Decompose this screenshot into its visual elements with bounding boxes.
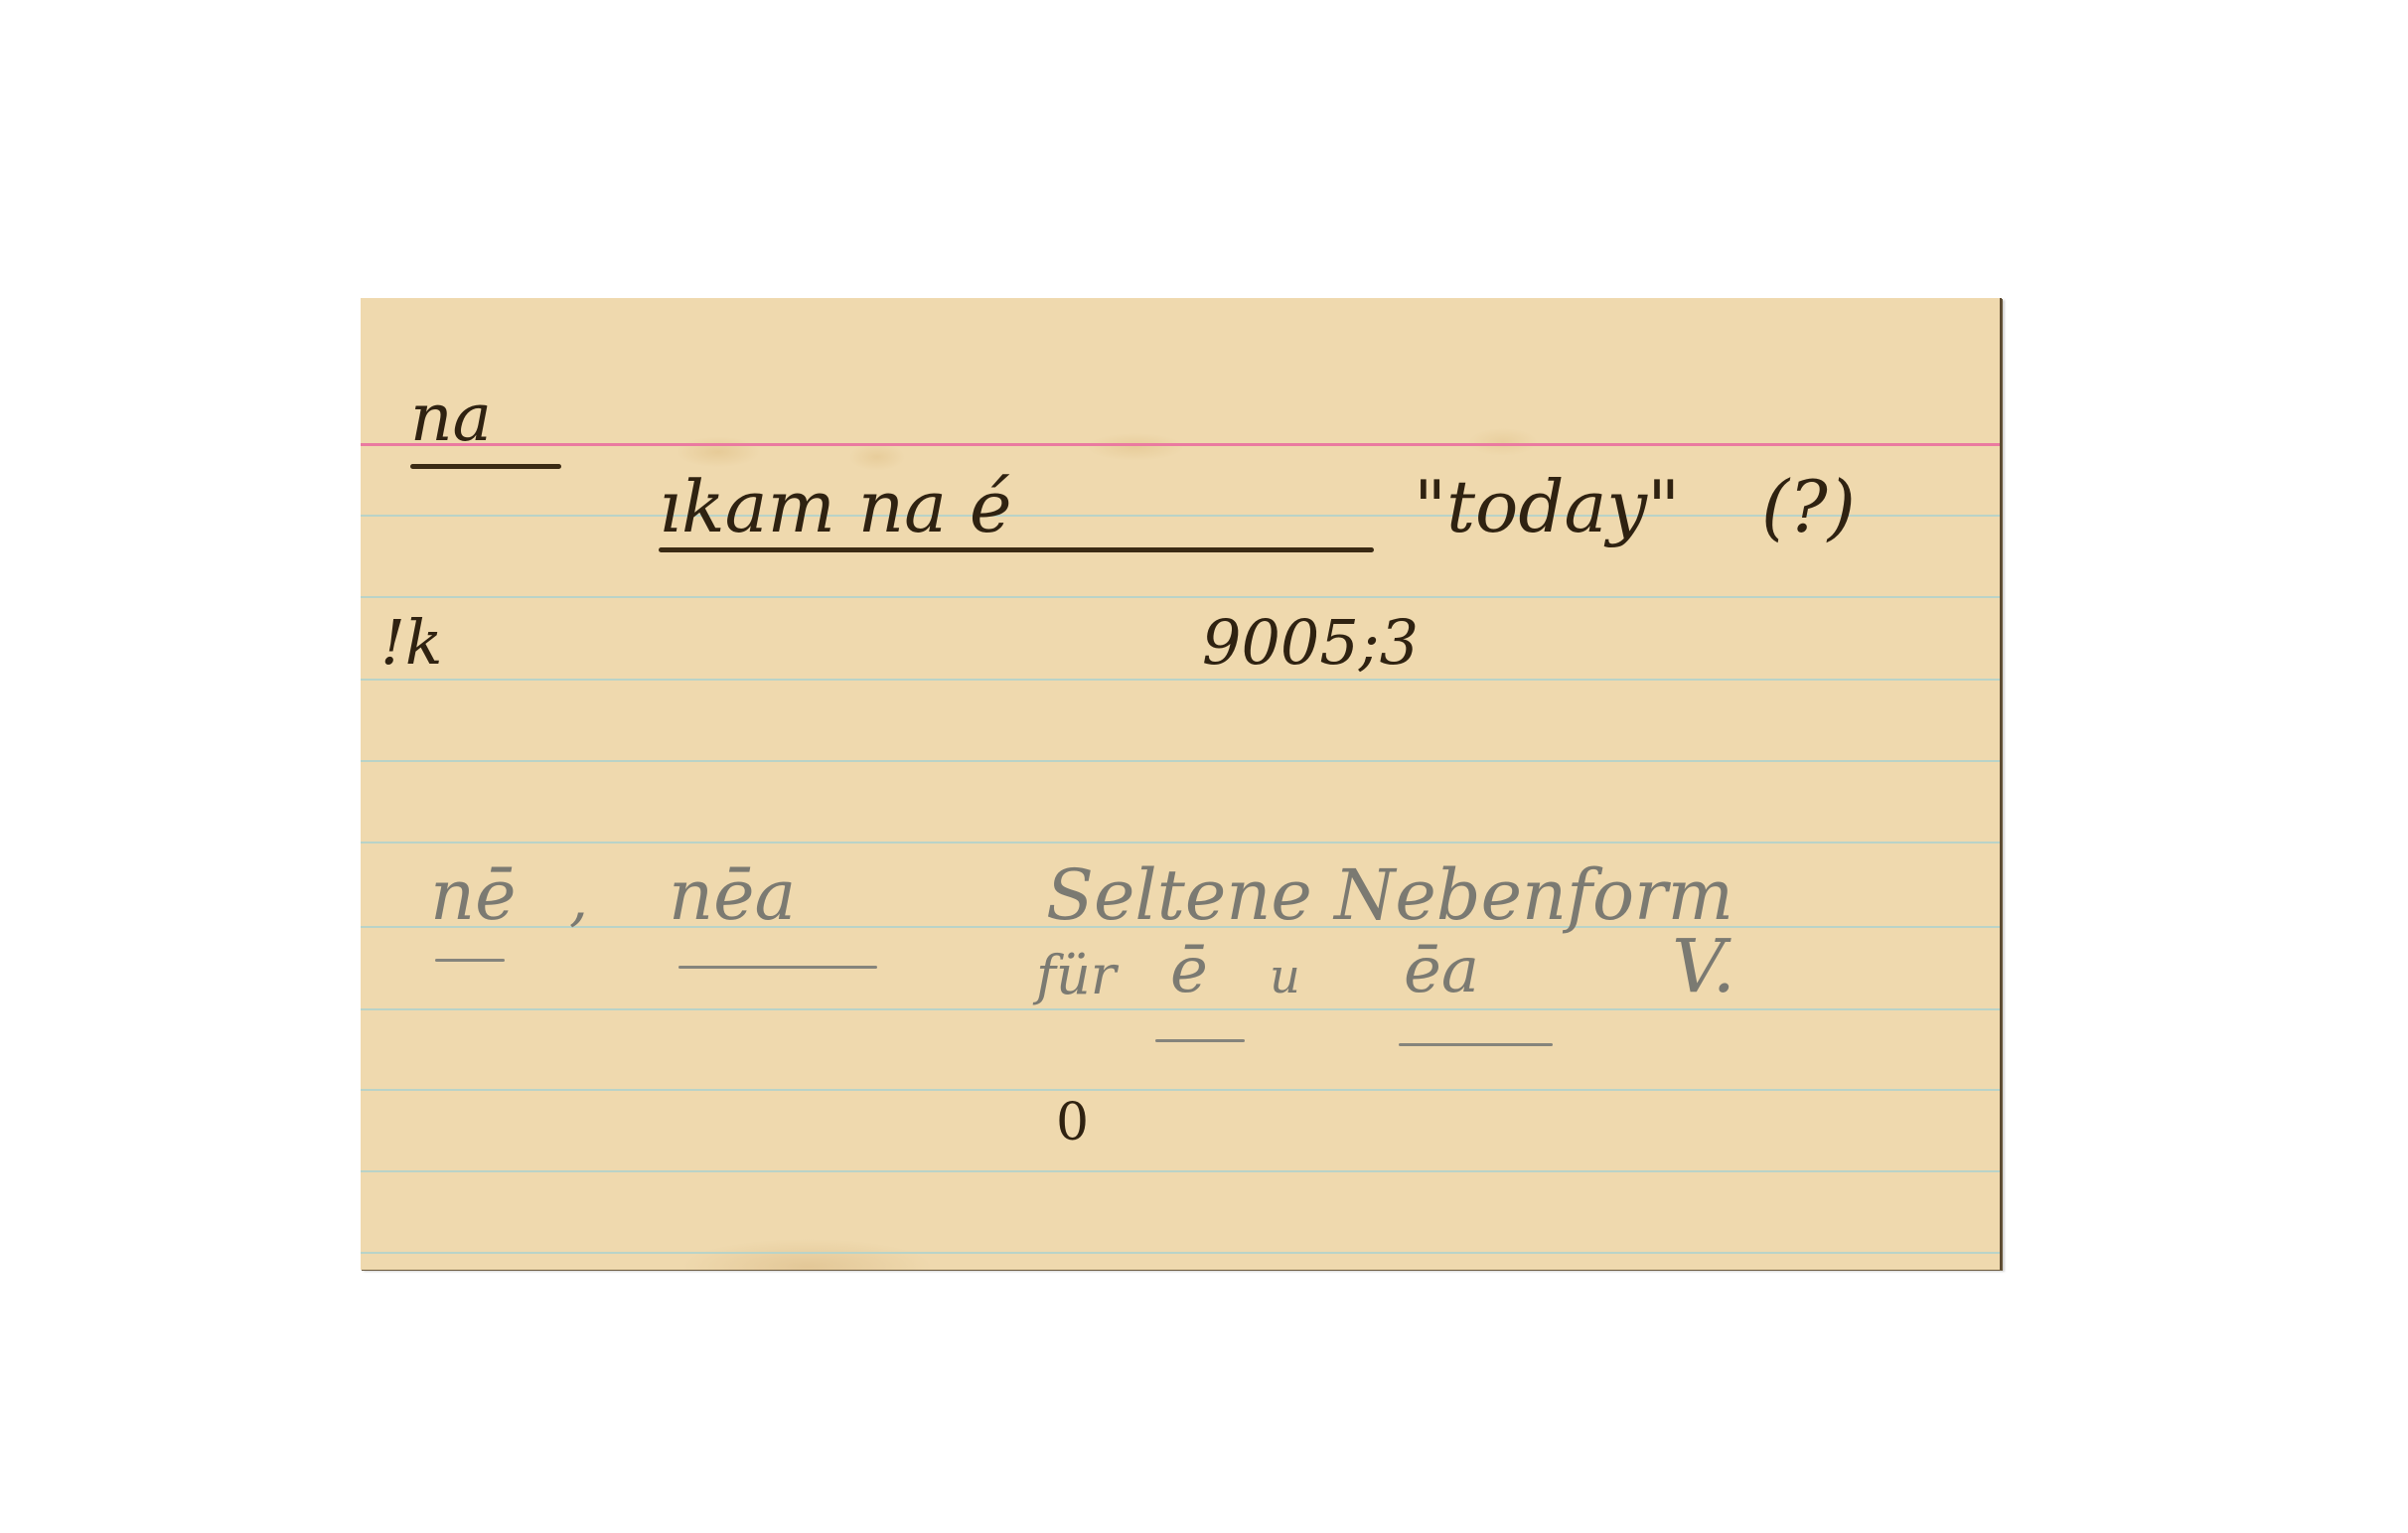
blue-rule [361, 1252, 2000, 1254]
note-line-2-conj: u [1270, 949, 1300, 1004]
headword: na [410, 380, 492, 456]
note-line-1: Seltene Nebenform [1046, 854, 1733, 936]
note-line-2-form-1: ē [1170, 934, 1208, 1007]
entry-phrase: ıkam na é [659, 465, 1012, 548]
blue-rule [361, 1089, 2000, 1091]
variant-form-1-underline [435, 959, 505, 962]
note-initial: V. [1672, 924, 1735, 1009]
blue-rule [361, 842, 2000, 843]
blue-rule [361, 596, 2000, 598]
blue-rule [361, 1008, 2000, 1010]
blue-rule [361, 760, 2000, 762]
query-mark: (?) [1761, 465, 1856, 548]
note-line-2-prefix: für [1036, 944, 1117, 1006]
footer-mark: 0 [1056, 1093, 1089, 1152]
blue-rule [361, 679, 2000, 681]
variant-form-1: nē [430, 854, 517, 936]
entry-phrase-underline [659, 547, 1374, 552]
headword-underline [410, 464, 561, 469]
note-line-2-form-2: ēa [1404, 934, 1479, 1007]
source-number: 9005;3 [1202, 606, 1419, 679]
index-card: na ıkam na é "today" (?) !k 9005;3 nē , … [361, 298, 2002, 1270]
variant-form-2: nēa [669, 854, 796, 936]
variant-separator: , [569, 864, 588, 934]
blue-rule [361, 1170, 2000, 1172]
note-line-2-form-2-underline [1399, 1043, 1553, 1046]
reference-prefix: !k [380, 606, 442, 679]
red-margin-rule [361, 443, 2000, 446]
blue-rule [361, 515, 2000, 517]
note-line-2-form-1-underline [1155, 1039, 1245, 1042]
variant-form-2-underline [678, 966, 877, 969]
gloss-text: "today" [1414, 465, 1680, 548]
